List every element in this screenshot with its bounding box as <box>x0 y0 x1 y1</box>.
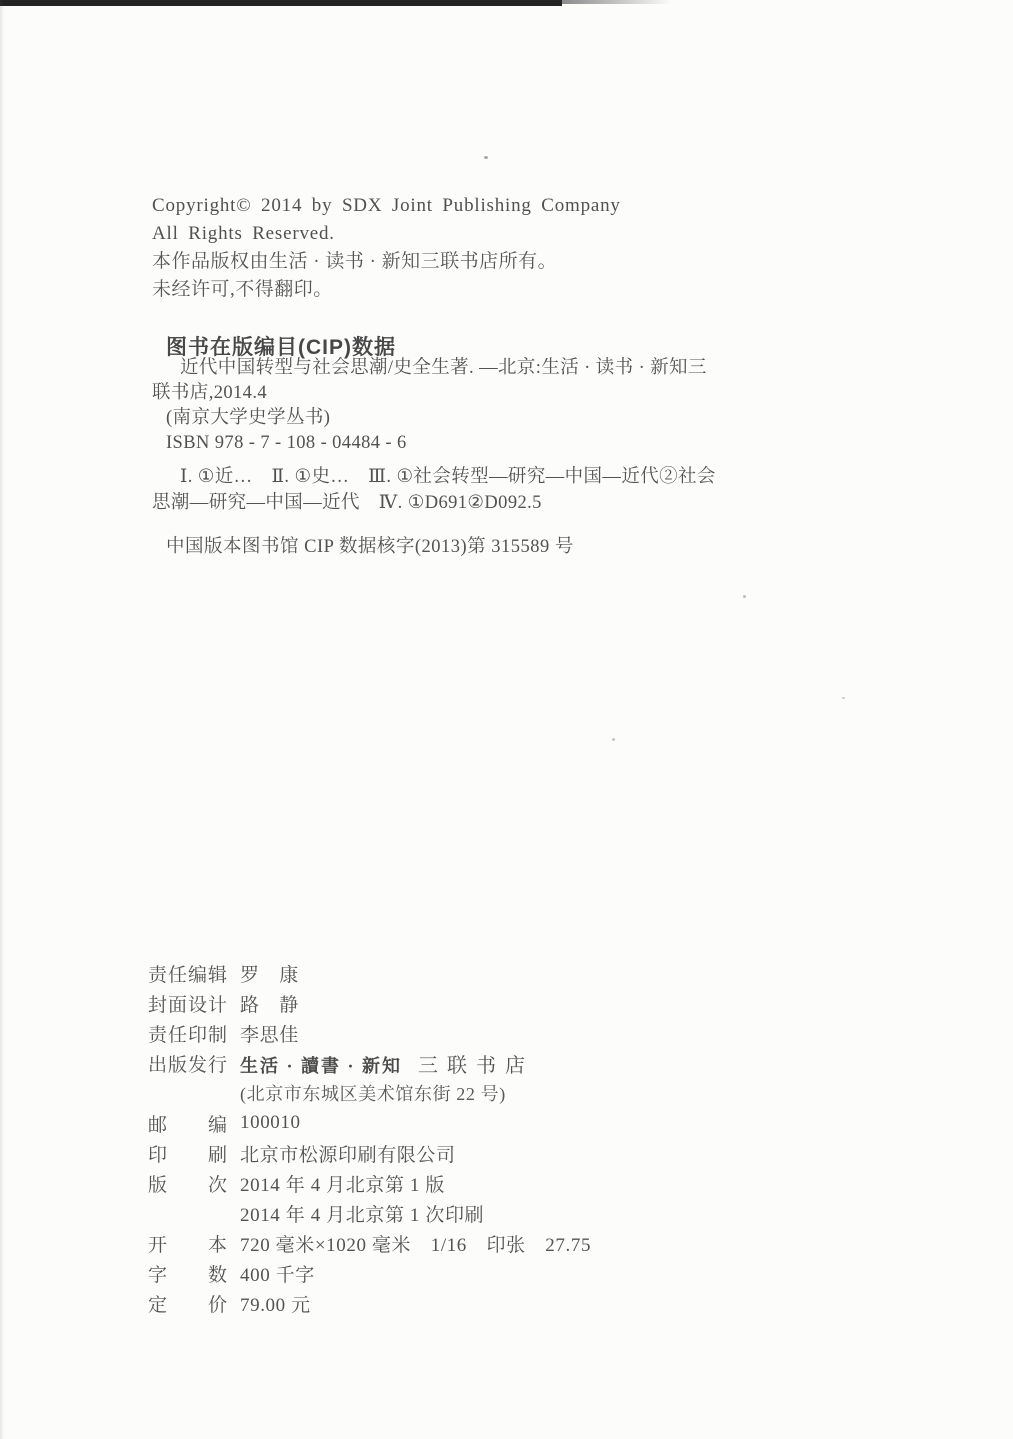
colophon-value: 2014 年 4 月北京第 1 次印刷 <box>240 1200 484 1227</box>
colophon-row-editor: 责任编辑 罗 康 <box>148 958 591 988</box>
colophon-label: 责任印制 <box>148 1020 240 1047</box>
colophon-value: 720 毫米×1020 毫米 1/16 印张 27.75 <box>240 1230 591 1257</box>
cip-classification-line-1: Ⅰ. ①近… Ⅱ. ①史… Ⅲ. ①社会转型—研究—中国—近代②社会 <box>152 464 716 490</box>
cip-classification-block: Ⅰ. ①近… Ⅱ. ①史… Ⅲ. ①社会转型—研究—中国—近代②社会 思潮—研究… <box>152 464 716 516</box>
publisher-logo-text: 生活 · 讀書 · 新知 <box>240 1056 402 1076</box>
colophon-row-format: 开 本 720 毫米×1020 毫米 1/16 印张 27.75 <box>148 1228 591 1258</box>
scan-artifact-top-strip-tail <box>562 0 672 4</box>
cip-classification-line-2: 思潮—研究—中国—近代 Ⅳ. ①D691②D092.5 <box>152 490 716 516</box>
colophon-row-postcode: 邮 编 100010 <box>148 1108 591 1138</box>
publisher-name: 三联书店 <box>418 1055 534 1077</box>
cip-publisher-wrap-line: 联书店,2014.4 <box>152 381 707 406</box>
scan-speck <box>484 156 488 159</box>
scan-speck <box>842 697 845 699</box>
copyright-line-chinese: 本作品版权由生活 · 读书 · 新知三联书店所有。 <box>152 248 621 276</box>
colophon-label: 印 刷 <box>148 1140 240 1167</box>
colophon-value: 路 静 <box>240 990 299 1017</box>
cip-record-number-line: 中国版本图书馆 CIP 数据核字(2013)第 315589 号 <box>166 532 574 558</box>
colophon-label: 封面设计 <box>148 990 240 1017</box>
colophon-value: 李思佳 <box>240 1020 299 1047</box>
colophon-row-print-supervisor: 责任印制 李思佳 <box>148 1018 591 1048</box>
colophon-value: 北京市松源印刷有限公司 <box>240 1140 456 1167</box>
colophon-value: 罗 康 <box>240 960 299 987</box>
scan-artifact-top-strip <box>0 0 562 6</box>
colophon-label: 出版发行 <box>148 1050 240 1077</box>
colophon-row-printing: 2014 年 4 月北京第 1 次印刷 <box>148 1198 591 1228</box>
scan-speck <box>743 595 746 598</box>
colophon-label: 版 次 <box>148 1170 240 1197</box>
colophon-value: 100010 <box>240 1112 301 1134</box>
scan-speck <box>612 738 615 741</box>
colophon-row-publisher: 出版发行 生活 · 讀書 · 新知三联书店 <box>148 1048 591 1078</box>
cip-body-block: 近代中国转型与社会思潮/史全生著. —北京:生活 · 读书 · 新知三 联书店,… <box>152 356 707 456</box>
copyright-block: Copyright© 2014 by SDX Joint Publishing … <box>152 192 621 304</box>
scan-artifact-left-edge <box>0 0 4 1439</box>
colophon-label: 邮 编 <box>148 1110 240 1137</box>
colophon-row-publisher-address: (北京市东城区美术馆东街 22 号) <box>148 1078 591 1108</box>
publisher-address: (北京市东城区美术馆东街 22 号) <box>240 1080 506 1106</box>
colophon-row-edition: 版 次 2014 年 4 月北京第 1 版 <box>148 1168 591 1198</box>
colophon-row-price: 定 价 79.00 元 <box>148 1288 591 1318</box>
colophon-row-cover-design: 封面设计 路 静 <box>148 988 591 1018</box>
colophon-row-word-count: 字 数 400 千字 <box>148 1258 591 1288</box>
rights-reserved-line: All Rights Reserved. <box>152 220 621 248</box>
cip-title-author-line: 近代中国转型与社会思潮/史全生著. —北京:生活 · 读书 · 新知三 <box>152 356 707 381</box>
copyright-line-english: Copyright© 2014 by SDX Joint Publishing … <box>152 192 621 220</box>
colophon-block: 责任编辑 罗 康 封面设计 路 静 责任印制 李思佳 出版发行 生活 · 讀書 … <box>148 958 591 1318</box>
isbn-line: ISBN 978 - 7 - 108 - 04484 - 6 <box>152 431 707 456</box>
colophon-label: 开 本 <box>148 1230 240 1257</box>
colophon-value: 2014 年 4 月北京第 1 版 <box>240 1170 445 1197</box>
colophon-label: 责任编辑 <box>148 960 240 987</box>
colophon-value: 生活 · 讀書 · 新知三联书店 <box>240 1049 534 1078</box>
colophon-label: 字 数 <box>148 1260 240 1287</box>
colophon-label: 定 价 <box>148 1290 240 1317</box>
no-reprint-line: 未经许可,不得翻印。 <box>152 276 621 304</box>
colophon-value: 79.00 元 <box>240 1290 311 1317</box>
cip-series-line: (南京大学史学丛书) <box>152 406 707 431</box>
colophon-value: 400 千字 <box>240 1260 315 1287</box>
book-colophon-page: Copyright© 2014 by SDX Joint Publishing … <box>0 0 1013 1439</box>
colophon-row-printer: 印 刷 北京市松源印刷有限公司 <box>148 1138 591 1168</box>
